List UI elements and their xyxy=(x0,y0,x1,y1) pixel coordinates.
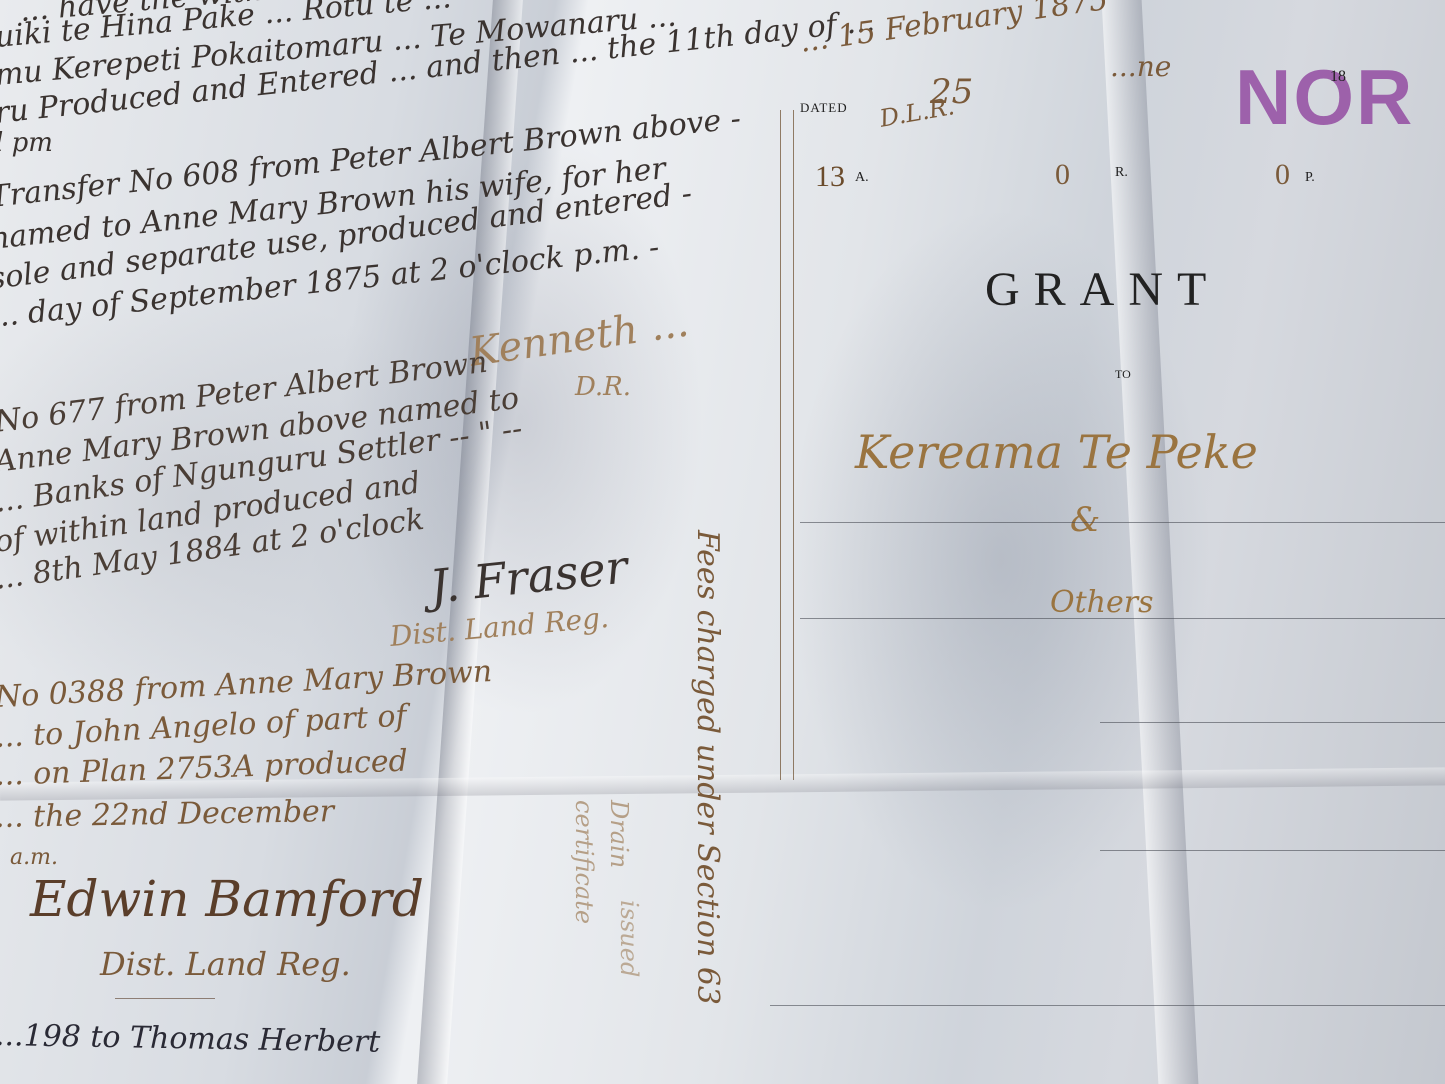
paper-fold-right xyxy=(1102,0,1199,1084)
acres-value: 13 xyxy=(815,160,845,194)
memorial-5-line: ...198 to Thomas Herbert xyxy=(0,1018,381,1060)
margin-rule xyxy=(793,110,794,780)
ruled-line xyxy=(800,522,1445,523)
memorial-4-line: a.m. xyxy=(10,845,58,870)
memorial-3-signature-title: Dist. Land Reg. xyxy=(389,601,610,653)
ruled-line xyxy=(1100,722,1445,723)
dated-initials: D.L.R. xyxy=(878,92,957,133)
grantee-name: Kereama Te Peke xyxy=(855,425,1258,479)
signature-underline xyxy=(115,998,215,999)
ink-stamp: NOR xyxy=(1235,52,1414,143)
grant-title: GRANT xyxy=(985,262,1220,317)
perches-label: P. xyxy=(1305,170,1315,186)
memorial-2-signature-title: D.R. xyxy=(575,372,631,402)
fees-note-vertical: Fees charged under Section 63 xyxy=(690,530,725,1005)
dated-label: DATED xyxy=(800,100,848,116)
perches-value: 0 xyxy=(1275,158,1290,192)
roods-label: R. xyxy=(1115,165,1128,181)
memorial-4-signature: Edwin Bamford xyxy=(30,870,424,928)
memorial-1-line: l pm xyxy=(0,128,53,158)
grantee-ampersand: & xyxy=(1070,500,1100,540)
margin-rule xyxy=(780,110,781,780)
faint-note-vertical: Drain xyxy=(605,800,633,868)
faint-note-vertical: certificate xyxy=(570,800,598,924)
ruled-line xyxy=(1100,850,1445,851)
handwritten-fragment: ...ne xyxy=(1110,50,1171,83)
stamp-year: 18 xyxy=(1330,68,1346,86)
acres-label: A. xyxy=(855,170,869,186)
roods-value: 0 xyxy=(1055,158,1070,192)
faint-note-vertical: issued xyxy=(615,900,643,977)
memorial-4-line: ... the 22nd December xyxy=(0,794,334,835)
grant-to-label: TO xyxy=(1115,367,1131,382)
memorial-4-signature-title: Dist. Land Reg. xyxy=(100,945,351,983)
grantee-others: Others xyxy=(1050,585,1153,620)
ruled-line xyxy=(770,1005,1445,1006)
ruled-line xyxy=(800,618,1445,619)
document-photo: ... have the within named ... uiki te Hi… xyxy=(0,0,1445,1084)
